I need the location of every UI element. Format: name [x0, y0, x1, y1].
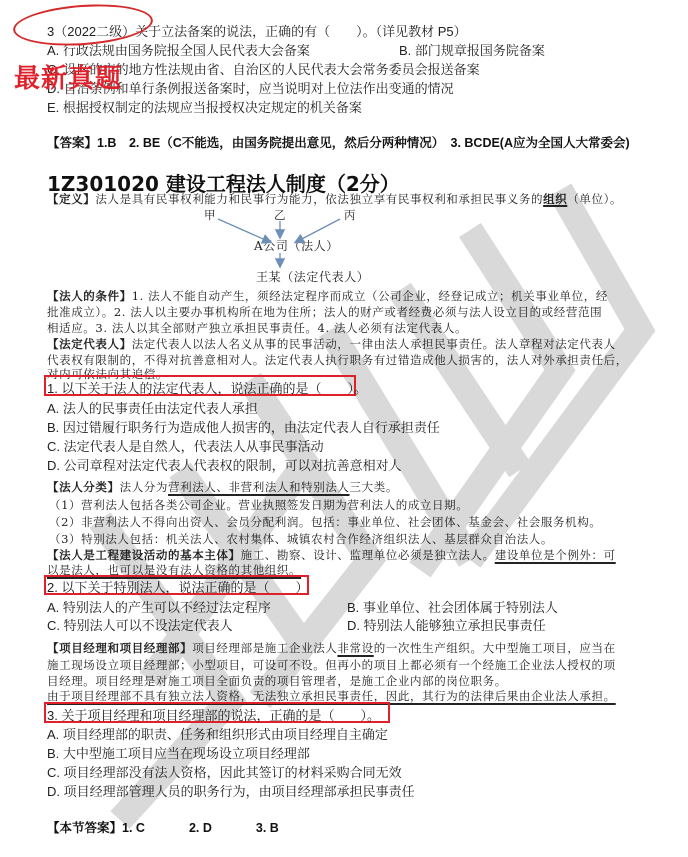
q2-stem: 2. 以下关于特别法人，说法正确的是（ ） [47, 577, 308, 596]
definition-label: 【定义】 [47, 192, 95, 206]
pm-line-3: 目经理。项目经理是对施工项目全面负责的项目管理者，是施工企业内部的岗位职务。 [47, 673, 507, 689]
pm-label: 【项目经理和项目经理部】 [47, 641, 192, 655]
classification-item-1: （1）营利法人包括各类公司企业。营业执照签发日期为营利法人的成立日期。 [49, 497, 468, 513]
legal-rep-line-1: 【法定代表人】法定代表人以法人名义从事的民事活动，一律由法人承担民事责任。法人章… [47, 336, 616, 352]
top-answer-line: 【答案】1.B 2. BE（C不能选，由国务院提出意见，然后分两种情况） 3. … [47, 133, 630, 151]
basic-subject-line-1: 【法人是工程建设活动的基本主体】施工、勘察、设计、监理单位必须是独立法人。建设单… [47, 547, 616, 563]
q2-option-b: B. 事业单位、社会团体属于特别法人 [347, 597, 558, 616]
q2-option-a: A. 特别法人的产生可以不经过法定程序 [47, 597, 271, 616]
definition-emphasis: 组织 [543, 192, 567, 206]
q3-option-d: D. 项目经理部管理人员的职务行为，由项目经理部承担民事责任 [47, 781, 415, 800]
section-answers: 【本节答案】1. C2. D3. B [47, 818, 279, 836]
q2-option-d: D. 特别法人能够独立承担民事责任 [347, 615, 546, 634]
q2-option-c: C. 特别法人可以不设法定代表人 [47, 615, 233, 634]
q1-option-c: C. 法定代表人是自然人，代表法人从事民事活动 [47, 436, 324, 455]
conditions-line-3: 相适应。3. 法人以其全部财产独立承担民事责任。4. 法人必须有法定代表人。 [47, 320, 467, 336]
top-option-b: B. 部门规章报国务院备案 [399, 40, 545, 59]
basic-subject-label: 【法人是工程建设活动的基本主体】 [47, 548, 241, 562]
classification-item-3: （3）特别法人包括：机关法人、农村集体、城镇农村合作经济组织法人、基层群众自治法… [49, 531, 553, 547]
q1-option-b: B. 因过错履行职务行为造成他人损害的，由法定代表人自行承担责任 [47, 417, 440, 436]
section-answers-label: 【本节答案】 [47, 821, 122, 835]
q1-stem: 1. 以下关于法人的法定代表人，说法正确的是（ ）。 [47, 378, 367, 397]
q3-option-a: A. 项目经理部的职责、任务和组织形式由项目经理自主确定 [47, 724, 388, 743]
classification-label: 【法人分类】 [47, 480, 120, 494]
classification-item-2: （2）非营利法人不得向出资人、会员分配利润。包括：事业单位、社会团体、基金会、社… [49, 514, 601, 530]
q3-option-c: C. 项目经理部没有法人资格，因此其签订的材料采购合同无效 [47, 762, 402, 781]
classification-intro: 【法人分类】法人分为营利法人、非营利法人和特别法人三大类。 [47, 479, 398, 495]
diagram-arrows [190, 200, 390, 285]
legal-rep-label: 【法定代表人】 [47, 337, 132, 351]
top-option-e: E. 根据授权制定的法规应当报授权决定规定的机关备案 [47, 97, 362, 116]
conditions-line-1: 【法人的条件】1. 法人不能自动产生，须经法定程序而成立（公司企业，经登记成立；… [47, 288, 608, 304]
pm-line-1: 【项目经理和项目经理部】项目经理部是施工企业法人非常设的一次性生产组织。大中型施… [47, 640, 616, 656]
pm-line-2: 施工现场设立项目经理部；小型项目，可设可不设。但再小的项目上都必须有一个经施工企… [47, 657, 616, 673]
conditions-label: 【法人的条件】 [47, 289, 132, 303]
q1-option-a: A. 法人的民事责任由法定代表人承担 [47, 398, 258, 417]
conditions-line-2: 批准成立）。2. 法人以主要办事机构所在地为住所；法人的财产或者经费必须与法人设… [47, 304, 602, 320]
q3-stem: 3. 关于项目经理和项目经理部的说法，正确的是（ ）。 [47, 705, 380, 724]
latest-exam-stamp: 最新真题 [14, 58, 122, 95]
q3-option-b: B. 大中型施工项目应当在现场设立项目经理部 [47, 743, 310, 762]
q1-option-d: D. 公司章程对法定代表人代表权的限制，可以对抗善意相对人 [47, 455, 402, 474]
